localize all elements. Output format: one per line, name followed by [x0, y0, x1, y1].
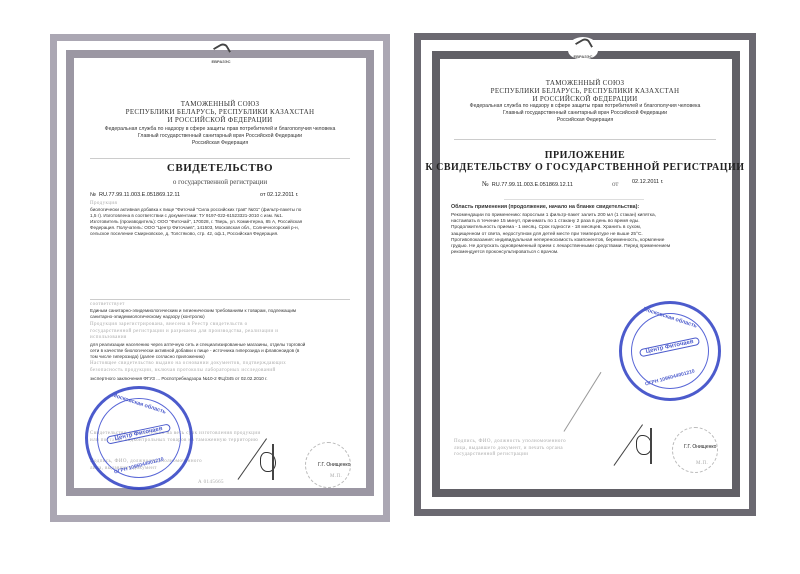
signer-name: Г.Г. Онищенко — [684, 444, 716, 450]
registration-number: № RU.77.99.11.003.Е.051869.12.11 — [90, 192, 180, 198]
signature-caption: Подпись, ФИО, должность уполномоченного … — [454, 439, 614, 459]
annex-body: Рекомендации по применению: взрослым 1 ф… — [451, 213, 741, 256]
union-header: ТАМОЖЕННЫЙ СОЮЗ РЕСПУБЛИКИ БЕЛАРУСЬ, РЕС… — [414, 79, 756, 103]
expert-conclusion: экспертного заключения ФГУЗ ... Роспотре… — [90, 376, 370, 382]
document-title: СВИДЕТЕЛЬСТВО — [50, 162, 390, 174]
signer-name: Г.Г. Онищенко — [318, 462, 350, 468]
product-description: биологически активная добавка к пище "Фи… — [90, 207, 370, 237]
usage-text: для реализации населению через аптечную … — [90, 342, 374, 360]
conformity-text: Единым санитарно-эпидемиологическим и ги… — [90, 308, 370, 320]
company-stamp: Московская область Центр Фиточаев ОГРН 1… — [619, 301, 721, 401]
registration-date: от 02.12.2011 г. — [260, 192, 299, 198]
eurasec-logo: ЕВРАЗЭС — [568, 37, 598, 59]
scope-title: Область применения (продолжение, начало … — [451, 204, 639, 210]
date-prefix: от — [612, 180, 618, 188]
annex-subtitle: К СВИДЕТЕЛЬСТВУ О ГОСУДАРСТВЕННОЙ РЕГИСТ… — [414, 162, 756, 173]
company-stamp: Московская область Центр Фиточаев ОГРН 1… — [85, 386, 193, 490]
form-serial: А 0145665 — [198, 480, 224, 487]
basis-text: Настоящее свидетельство выдано на основа… — [90, 361, 370, 374]
signature — [260, 452, 276, 472]
annex-page: ЕВРАЗЭС ТАМОЖЕННЫЙ СОЮЗ РЕСПУБЛИКИ БЕЛАР… — [414, 33, 756, 516]
union-header: ТАМОЖЕННЫЙ СОЮЗ РЕСПУБЛИКИ БЕЛАРУСЬ, РЕС… — [50, 100, 390, 124]
agency-header: Федеральная служба по надзору в сфере за… — [414, 103, 756, 124]
agency-header: Федеральная служба по надзору в сфере за… — [50, 126, 390, 147]
eurasec-logo: ЕВРАЗЭС — [206, 42, 236, 64]
seal-label: М.П. — [696, 461, 708, 468]
seal-label: М.П. — [330, 474, 342, 481]
registry-text: Продукция зарегистрирована, внесена в Ре… — [90, 322, 370, 342]
document-subtitle: о государственной регистрации — [50, 178, 390, 186]
registration-date: 02.12.2011 г. — [632, 179, 664, 185]
annex-title: ПРИЛОЖЕНИЕ — [414, 150, 756, 161]
certificate-page: ЕВРАЗЭС ТАМОЖЕННЫЙ СОЮЗ РЕСПУБЛИКИ БЕЛАР… — [50, 34, 390, 522]
registration-number: № RU.77.99.11.003.Е.051869.12.11 — [482, 180, 573, 188]
